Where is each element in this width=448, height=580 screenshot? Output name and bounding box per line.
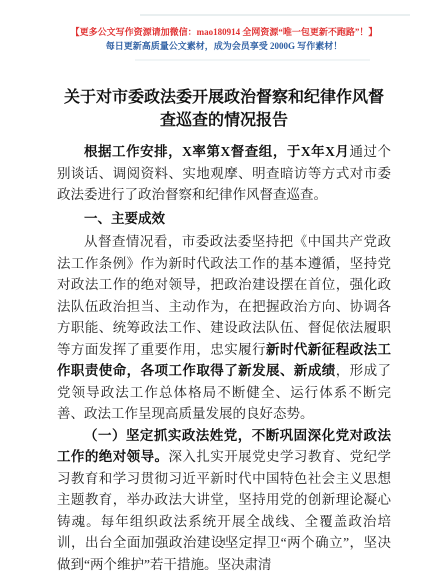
scan-artifact-line — [140, 14, 410, 16]
watermark-ad-line-blue: 每日更新高质量公文素材，成为会员享受 2000G 写作素材！ — [0, 40, 448, 53]
page-number: 1 — [0, 536, 448, 548]
watermark-header: 【更多公文写作资源请加微信：mao180914 全网资源“唯一包更新不跑路”！】… — [0, 0, 448, 53]
paragraph-overview-pre: 从督查情况看，市委政法委坚持把《中国共产党政法工作条例》作为新时代政法工作的基本… — [57, 234, 391, 357]
document-body: 根据工作安排，X率第X督查组，于X年X月通过个别谈话、调阅资料、实地观摩、明查暗… — [57, 141, 391, 575]
document-page: 【更多公文写作资源请加微信：mao180914 全网资源“唯一包更新不跑路”！】… — [0, 0, 448, 580]
document-title: 关于对市委政法委开展政治督察和纪律作风督查巡查的情况报告 — [59, 86, 389, 132]
paragraph-item-1: （一）坚定抓实政法姓党，不断巩固深化党对政法工作的绝对领导。深入扎实开展党史学习… — [57, 425, 391, 576]
scan-artifact-line — [135, 59, 370, 61]
watermark-ad-line-red: 【更多公文写作资源请加微信：mao180914 全网资源“唯一包更新不跑路”！】 — [0, 26, 448, 39]
paragraph-overview: 从督查情况看，市委政法委坚持把《中国共产党政法工作条例》作为新时代政法工作的基本… — [57, 231, 391, 425]
paragraph-intro-lead: 根据工作安排，X率第X督查组，于X年X月 — [84, 144, 349, 159]
paragraph-intro: 根据工作安排，X率第X督查组，于X年X月通过个别谈话、调阅资料、实地观摩、明查暗… — [57, 141, 391, 206]
section-heading-1: 一、主要成效 — [57, 208, 391, 230]
paragraph-item-1-text: 深入扎实开展党史学习教育、党纪学习教育和学习贯彻习近平新时代中国特色社会主义思想… — [57, 449, 391, 572]
